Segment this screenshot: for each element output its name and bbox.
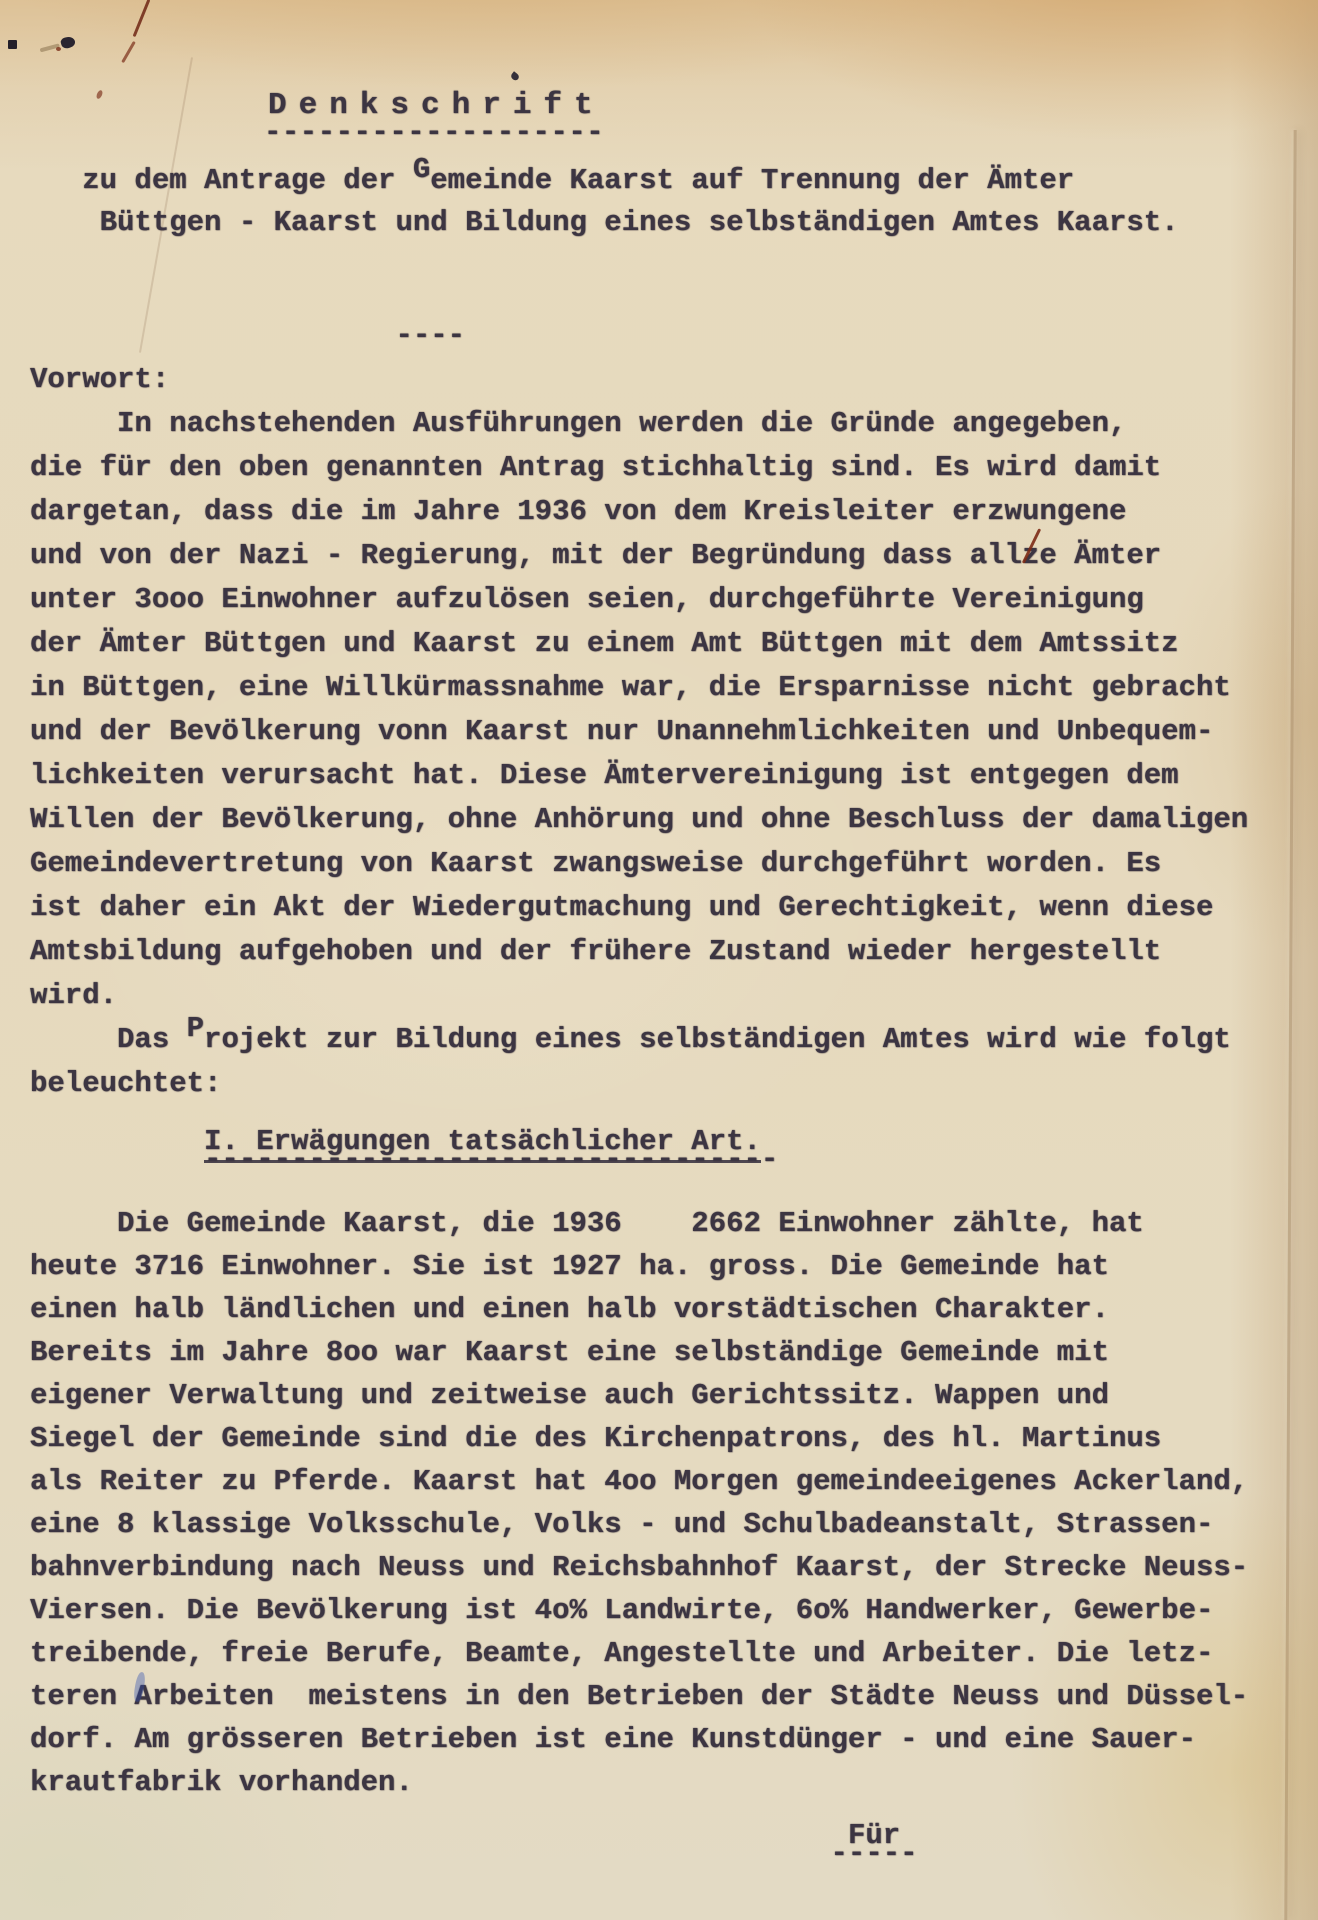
title-underline: ------------------- bbox=[264, 120, 1318, 146]
section-paragraph: Die Gemeinde Kaarst, die 1936 2662 Einwo… bbox=[30, 1202, 1318, 1804]
section-heading: I. Erwägungen tatsächlicher Art. -------… bbox=[30, 1120, 1318, 1182]
foreword-paragraph: In nachstehenden Ausführungen werden die… bbox=[30, 402, 1318, 1106]
vorwort-label: Vorwort: bbox=[30, 358, 1318, 402]
typewritten-document: Denkschrift ------------------- zu dem A… bbox=[0, 0, 1318, 1876]
document-subtitle: zu dem Antrage der Gemeinde Kaarst auf T… bbox=[30, 160, 1318, 244]
document-page: Denkschrift ------------------- zu dem A… bbox=[0, 0, 1318, 1920]
catchword-block: Für ----- bbox=[30, 1814, 1318, 1876]
separator-dashes: ---- bbox=[30, 314, 1318, 358]
